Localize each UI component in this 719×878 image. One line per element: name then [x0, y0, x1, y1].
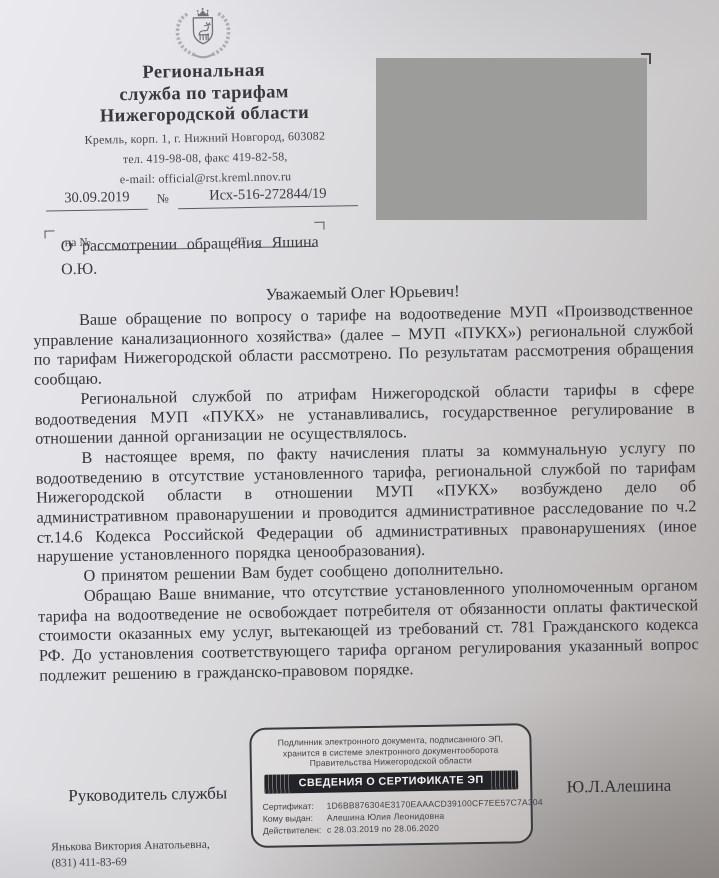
field-corner-mark-left [44, 230, 54, 238]
date-number-row: 30.09.2019 № Исх-516-272844/19 [38, 184, 374, 211]
esignature-stamp: Подлинник электронного документа, подпис… [249, 723, 533, 848]
number-sign: № [148, 191, 178, 210]
outgoing-number: Исх-516-272844/19 [178, 185, 358, 209]
validity-value: с 28.03.2019 по 28.06.2020 [327, 821, 521, 837]
org-address: Кремль, корп. 1, г. Нижний Новгород, 603… [37, 127, 373, 148]
letter-date: 30.09.2019 [46, 188, 148, 211]
issued-to-label: Кому выдан: [263, 812, 327, 825]
letterhead: Региональная служба по тарифам Нижегород… [35, 2, 375, 251]
org-phone-fax: тел. 419-98-08, факс 419-82-58, [37, 147, 373, 168]
photographed-letter: Региональная служба по тарифам Нижегород… [0, 0, 719, 878]
bar-stripe-left [264, 774, 291, 793]
redaction-box [376, 58, 647, 220]
certificate-bar-title: СВЕДЕНИЯ О СЕРТИФИКАТЕ ЭП [291, 774, 492, 790]
executor-phone: (831) 411-83-69 [51, 853, 210, 871]
subject-text: О рассмотрении обращения Яшина О.Ю. [61, 234, 319, 278]
certificate-info-bar: СВЕДЕНИЯ О СЕРТИФИКАТЕ ЭП [264, 770, 518, 793]
paragraph-1: Ваше обращение по вопросу о тарифе на во… [33, 299, 694, 389]
validity-label: Действителен: [263, 824, 327, 837]
executor-block: Янькова Виктория Анатольевна, (831) 411-… [51, 838, 210, 872]
field-corner-mark-peek [641, 53, 651, 64]
letter-body: Ваше обращение по вопросу о тарифе на во… [33, 299, 699, 685]
paragraph-3: В настоящее время, по факту начисления п… [35, 437, 697, 567]
bar-stripe-right [491, 770, 518, 789]
field-corner-mark-right [314, 222, 324, 230]
executor-name: Янькова Виктория Анатольевна, [51, 838, 210, 856]
paragraph-5: Обращаю Ваше внимание, что отсутствие ус… [38, 575, 700, 685]
subject-block: О рассмотрении обращения Яшина О.Ю. [61, 231, 320, 281]
coat-of-arms-deer-icon [163, 4, 244, 61]
signer-position: Руководитель службы [68, 783, 227, 806]
signer-name: Ю.Л.Алешина [566, 776, 671, 798]
certificate-label: Сертификат: [262, 800, 326, 813]
